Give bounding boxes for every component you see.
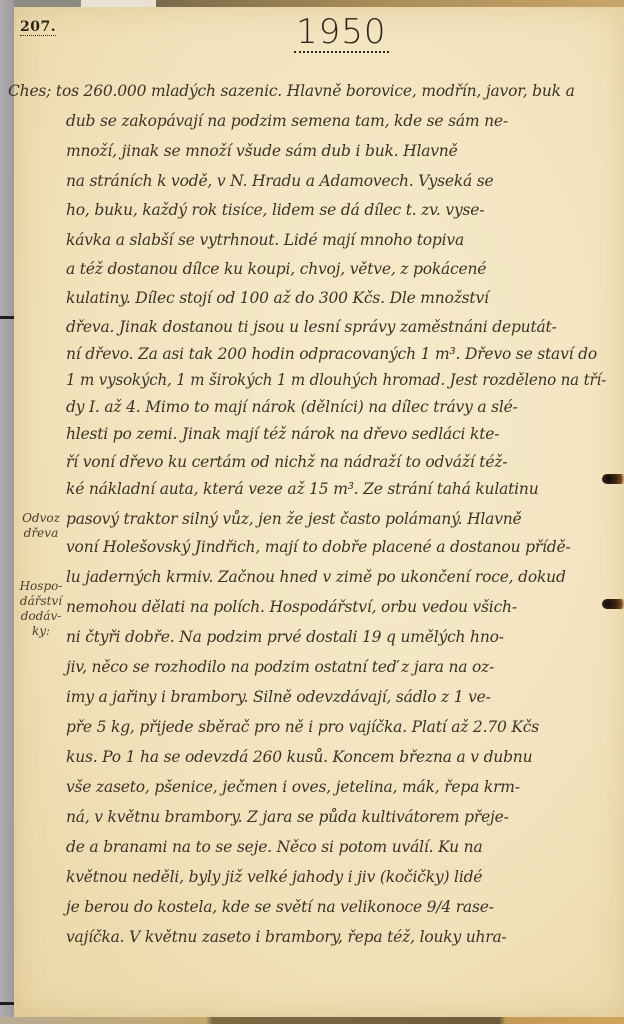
text-line: Ches; tos 260.000 mladých sazenic. Hlavn…: [8, 81, 575, 101]
text-line: květnou neděli, byly již velké jahody i …: [66, 867, 482, 887]
text-line: nemohou dělati na polích. Hospodářství, …: [66, 597, 517, 617]
binder-hole: [602, 599, 624, 609]
text-line: ná, v květnu brambory. Z jara se půda ku…: [66, 807, 509, 827]
chronicle-page: 207. 1950 Ches; tos 260.000 mladých saze…: [14, 7, 624, 1017]
text-line: kus. Po 1 ha se odevzdá 260 kusů. Koncem…: [66, 747, 532, 767]
text-line: lu jaderných krmiv. Začnou hned v zimě p…: [66, 567, 566, 587]
scan-top-edge: [0, 0, 624, 7]
page-title-year: 1950: [294, 13, 389, 53]
edge-mark: [0, 1002, 14, 1005]
text-line: hlesti po zemi. Jinak mají též nárok na …: [66, 424, 499, 444]
text-line: dy I. až 4. Mimo to mají nárok (dělníci)…: [66, 397, 518, 417]
text-line: pře 5 kg, přijede sběrač pro ně i pro va…: [66, 717, 539, 737]
text-line: jiv, něco se rozhodilo na podzim ostatní…: [66, 657, 494, 677]
text-line: vše zaseto, pšenice, ječmen i oves, jete…: [66, 777, 520, 797]
scan-bottom-edge: [0, 1017, 624, 1024]
text-line: 1 m vysokých, 1 m širokých 1 m dlouhých …: [66, 370, 606, 390]
text-line: a též dostanou dílce ku koupi, chvoj, vě…: [66, 259, 486, 279]
text-line: ho, buku, každý rok tisíce, lidem se dá …: [66, 200, 484, 220]
binder-hole: [602, 474, 624, 484]
text-line: de a branami na to se seje. Něco si poto…: [66, 837, 483, 857]
text-line: je berou do kostela, kde se světí na vel…: [66, 897, 494, 917]
page-number: 207.: [20, 19, 56, 36]
text-line: ké nákladní auta, která veze až 15 m³. Z…: [66, 479, 538, 499]
scan-left-edge: [0, 0, 14, 1024]
text-line: dřeva. Jinak dostanou ti jsou u lesní sp…: [66, 317, 557, 337]
text-line: voní Holešovský Jindřich, mají to dobře …: [66, 537, 571, 557]
margin-note-wood-transport: Odvoz dřeva: [18, 511, 64, 541]
text-line: množí, jinak se množí všude sám dub i bu…: [66, 141, 458, 161]
text-line: imy a jařiny i brambory. Silně odevzdáva…: [66, 687, 491, 707]
text-line: ří voní dřevo ku certám od nichž na nádr…: [66, 452, 507, 472]
text-line: vajíčka. V květnu zaseto i brambory, řep…: [66, 927, 507, 947]
text-line: ni čtyři dobře. Na podzim prvé dostali 1…: [66, 627, 504, 647]
text-line: kávka a slabší se vytrhnout. Lidé mají m…: [66, 230, 464, 250]
text-line: ní dřevo. Za asi tak 200 hodin odpracova…: [66, 344, 597, 364]
text-line: dub se zakopávají na podzim semena tam, …: [66, 111, 508, 131]
text-line: pasový traktor silný vůz, jen že jest ča…: [66, 509, 522, 529]
margin-note-farm-deliveries: Hospo-dářství dodáv-ky:: [18, 579, 64, 639]
edge-mark: [0, 316, 14, 319]
text-line: kulatiny. Dílec stojí od 100 až do 300 K…: [66, 288, 489, 308]
text-line: na stráních k vodě, v N. Hradu a Adamove…: [66, 171, 494, 191]
